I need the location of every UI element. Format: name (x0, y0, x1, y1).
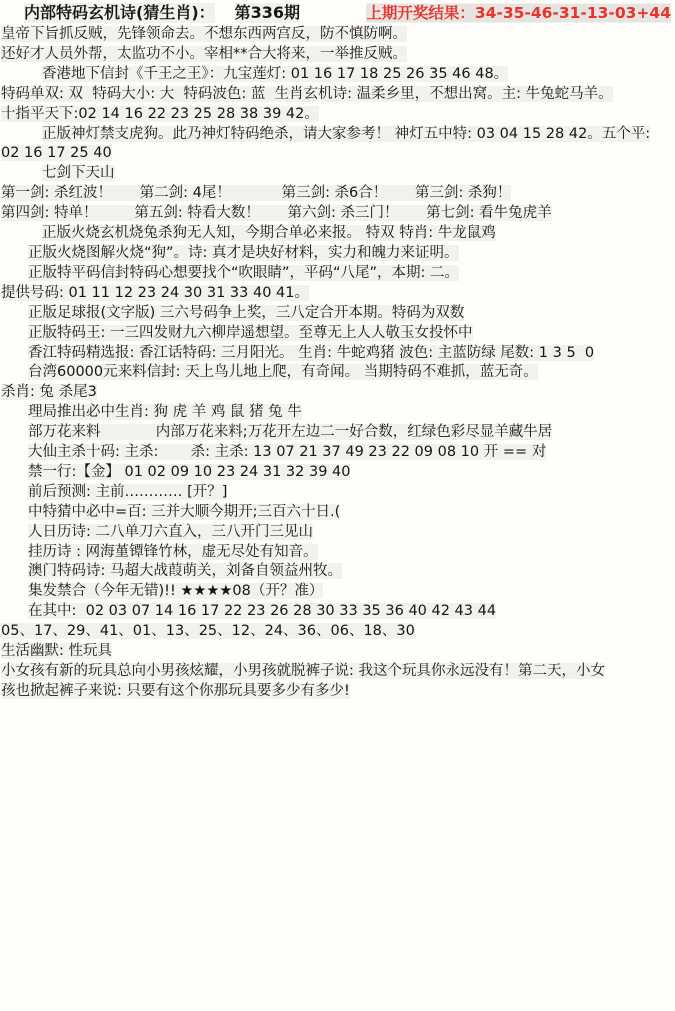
text-line-content: 禁一行:【金】 01 02 09 10 23 24 31 32 39 40 (28, 464, 350, 480)
text-line-content: 在其中: 02 03 07 14 16 17 22 23 26 28 30 33… (28, 603, 496, 619)
text-line-content: 杀肖: 兔 杀尾3 (1, 384, 97, 400)
header: 内部特码玄机诗(猜生肖)： 第336期 上期开奖结果：34-35-46-31-1… (0, 0, 675, 23)
text-line: 香江特码精选报: 香江话特码: 三月阳光。 生肖: 牛蛇鸡猪 波色: 主蓝防绿 … (0, 344, 675, 364)
last-draw-numbers: 34-35-46-31-13-03+44 (475, 4, 671, 22)
text-line-content: 部万花来料 内部万花来料;万花开左边二一好合数，红绿色彩尽显羊藏牛居 (28, 424, 552, 440)
text-line-content: 挂历诗 : 网海堇镡锋竹林，虚无尽处有知音。 (28, 544, 318, 560)
text-line: 前后预测: 主前………… [开？] (0, 483, 675, 503)
text-line-content: 中特猜中必中=百: 三并大顺今期开;三百六十日.( (28, 504, 340, 520)
text-line: 七剑下天山 (0, 164, 675, 184)
text-line: 集发禁合（今年无错)!! ★★★★08（开？准） (0, 582, 675, 602)
text-line: 正版火烧图解火烧“狗”。诗: 真才是块好材料，实力和魄力来证明。 (0, 244, 675, 264)
text-line-content: 正版特平码信封特码心想要找个“吹眼睛”，平码“八尾”，本期: 二。 (28, 265, 459, 281)
text-line-content: 正版火烧玄机烧兔杀狗无人知，今期合单必来报。 特双 特肖: 牛龙鼠鸡 (42, 225, 496, 241)
text-line: 正版火烧玄机烧兔杀狗无人知，今期合单必来报。 特双 特肖: 牛龙鼠鸡 (0, 224, 675, 244)
text-line: 人日历诗: 二八单刀六直入，三八开门三见山 (0, 523, 675, 543)
text-line: 澳门特码诗: 马超大战葭萌关，刘备自领益州牧。 (0, 562, 675, 582)
text-line: 第四剑: 特单！ 第五剑: 特看大数！ 第六剑: 杀三门！ 第七剑: 看牛兔虎羊 (0, 204, 675, 224)
lottery-tip-sheet-page: 内部特码玄机诗(猜生肖)： 第336期 上期开奖结果：34-35-46-31-1… (0, 0, 675, 1011)
text-line-content: 正版足球报(文字版) 三六号码争上奖，三八定合开本期。特码为双数 (28, 305, 464, 321)
text-line: 禁一行:【金】 01 02 09 10 23 24 31 32 39 40 (0, 463, 675, 483)
text-line: 十指平天下:02 14 16 22 23 25 28 38 39 42。 (0, 105, 675, 125)
document-body: 皇帝下旨抓反贼，先锋领命去。不想东西两宫反，防不慎防啊。还好才人员外帮，太监功不… (0, 23, 675, 702)
text-line: 孩也掀起裤子来说: 只要有这个你那玩具要多少有多少! (0, 682, 675, 702)
text-line-content: 十指平天下:02 14 16 22 23 25 28 38 39 42。 (1, 106, 319, 122)
text-line: 挂历诗 : 网海堇镡锋竹林，虚无尽处有知音。 (0, 543, 675, 563)
text-line: 提供号码: 01 11 12 23 24 30 31 33 40 41。 (0, 284, 675, 304)
text-line-content: 生活幽默: 性玩具 (1, 643, 112, 659)
text-line-content: 正版火烧图解火烧“狗”。诗: 真才是块好材料，实力和魄力来证明。 (28, 245, 459, 261)
last-draw-label: 上期开奖结果： (366, 4, 475, 22)
text-line-content: 正版神灯禁支虎狗。此乃神灯特码绝杀，请大家参考！ 神灯五中特: 03 04 15… (42, 126, 650, 142)
text-line-content: 孩也掀起裤子来说: 只要有这个你那玩具要多少有多少! (1, 683, 350, 699)
text-line: 正版特码王: 一三四发财九六柳岸遥想望。至尊无上人人敬玉女投怀中 (0, 324, 675, 344)
text-line-content: 02 16 17 25 40 (1, 145, 112, 161)
last-draw-result: 上期开奖结果：34-35-46-31-13-03+44 (366, 3, 671, 23)
text-line: 理局推出必中生肖: 狗 虎 羊 鸡 鼠 猪 兔 牛 (0, 403, 675, 423)
text-line-content: 七剑下天山 (42, 165, 115, 181)
text-line-content: 前后预测: 主前………… [开？] (28, 484, 227, 500)
text-line: 正版神灯禁支虎狗。此乃神灯特码绝杀，请大家参考！ 神灯五中特: 03 04 15… (0, 125, 675, 145)
text-line: 香港地下信封《千王之王》：九宝莲灯: 01 16 17 18 25 26 35 … (0, 65, 675, 85)
text-line: 皇帝下旨抓反贼，先锋领命去。不想东西两宫反，防不慎防啊。 (0, 25, 675, 45)
text-line: 大仙主杀十码: 主杀: 杀: 主杀: 13 07 21 37 49 23 22 … (0, 443, 675, 463)
page-title: 内部特码玄机诗(猜生肖)： (24, 3, 215, 23)
text-line-content: 皇帝下旨抓反贼，先锋领命去。不想东西两宫反，防不慎防啊。 (1, 26, 407, 42)
text-line-content: 澳门特码诗: 马超大战葭萌关，刘备自领益州牧。 (28, 563, 342, 579)
issue-number: 第336期 (235, 3, 300, 23)
text-line-content: 香港地下信封《千王之王》：九宝莲灯: 01 16 17 18 25 26 35 … (42, 66, 508, 82)
text-line-content: 05、17、29、41、01、13、25、12、24、36、06、18、30 (1, 623, 415, 639)
text-line: 02 16 17 25 40 (0, 144, 675, 164)
text-line: 还好才人员外帮，太监功不小。宰相**合大将来，一举推反贼。 (0, 45, 675, 65)
text-line: 第一剑: 杀红波！ 第二剑: 4尾！ 第三剑: 杀6合！ 第三剑: 杀狗！ (0, 184, 675, 204)
text-line: 杀肖: 兔 杀尾3 (0, 383, 675, 403)
text-line-content: 集发禁合（今年无错)!! ★★★★08（开？准） (28, 583, 323, 599)
text-line-content: 人日历诗: 二八单刀六直入，三八开门三见山 (28, 524, 313, 540)
text-line-content: 香江特码精选报: 香江话特码: 三月阳光。 生肖: 牛蛇鸡猪 波色: 主蓝防绿 … (28, 345, 594, 361)
text-line-content: 大仙主杀十码: 主杀: 杀: 主杀: 13 07 21 37 49 23 22 … (28, 444, 546, 460)
text-line-content: 第四剑: 特单！ 第五剑: 特看大数！ 第六剑: 杀三门！ 第七剑: 看牛兔虎羊 (1, 205, 552, 221)
text-line: 在其中: 02 03 07 14 16 17 22 23 26 28 30 33… (0, 602, 675, 622)
text-line: 部万花来料 内部万花来料;万花开左边二一好合数，红绿色彩尽显羊藏牛居 (0, 423, 675, 443)
text-line: 特码单双: 双 特码大小: 大 特码波色: 蓝 生肖玄机诗: 温柔乡里，不想出窝… (0, 85, 675, 105)
text-line: 小女孩有新的玩具总向小男孩炫耀，小男孩就脱裤子说: 我这个玩具你永远没有！第二天… (0, 662, 675, 682)
text-line: 中特猜中必中=百: 三并大顺今期开;三百六十日.( (0, 503, 675, 523)
text-line-content: 特码单双: 双 特码大小: 大 特码波色: 蓝 生肖玄机诗: 温柔乡里，不想出窝… (1, 86, 613, 102)
text-line-content: 理局推出必中生肖: 狗 虎 羊 鸡 鼠 猪 兔 牛 (28, 404, 302, 420)
text-line-content: 小女孩有新的玩具总向小男孩炫耀，小男孩就脱裤子说: 我这个玩具你永远没有！第二天… (1, 663, 605, 679)
text-line-content: 正版特码王: 一三四发财九六柳岸遥想望。至尊无上人人敬玉女投怀中 (28, 325, 473, 341)
text-line-content: 第一剑: 杀红波！ 第二剑: 4尾！ 第三剑: 杀6合！ 第三剑: 杀狗！ (1, 185, 511, 201)
text-line-content: 还好才人员外帮，太监功不小。宰相**合大将来，一举推反贼。 (1, 46, 407, 62)
text-line-content: 提供号码: 01 11 12 23 24 30 31 33 40 41。 (1, 285, 309, 301)
text-line: 生活幽默: 性玩具 (0, 642, 675, 662)
text-line-content: 台湾60000元来料信封: 天上鸟儿地上爬，有奇闻。 当期特码不难抓，蓝无奇。 (28, 364, 538, 380)
text-line: 正版特平码信封特码心想要找个“吹眼睛”，平码“八尾”，本期: 二。 (0, 264, 675, 284)
text-line: 台湾60000元来料信封: 天上鸟儿地上爬，有奇闻。 当期特码不难抓，蓝无奇。 (0, 363, 675, 383)
text-line: 正版足球报(文字版) 三六号码争上奖，三八定合开本期。特码为双数 (0, 304, 675, 324)
text-line: 05、17、29、41、01、13、25、12、24、36、06、18、30 (0, 622, 675, 642)
